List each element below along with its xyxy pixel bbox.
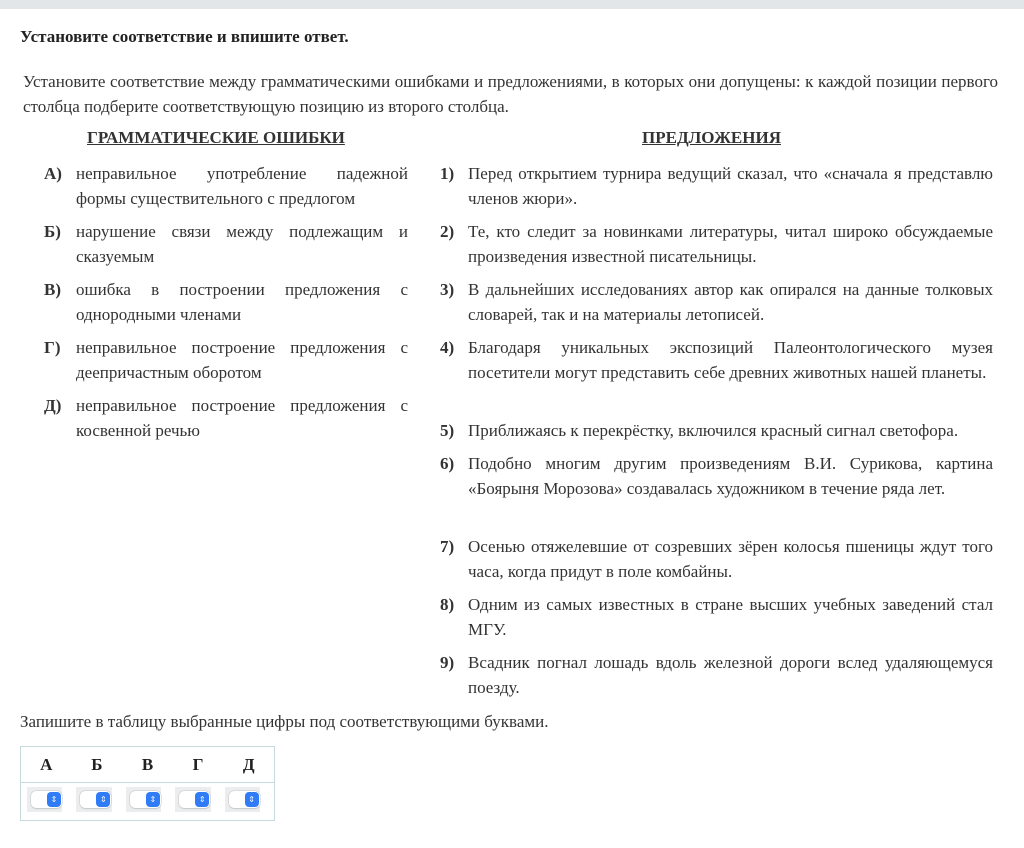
sentence-number: 5) [440,418,468,443]
sentence-text: Всадник погнал лошадь вдоль железной дор… [468,650,993,700]
answer-table-header: А Б В Г Д [21,747,274,783]
error-text: неправильное построение предложения с де… [76,335,408,385]
answer-select-b[interactable]: ⇕ [80,791,111,808]
sentence-item: 9) Всадник погнал лошадь вдоль железной … [440,650,993,700]
sentence-text: Те, кто следит за новинками литературы, … [468,219,993,269]
sentence-text: В дальнейших исследованиях автор как опи… [468,277,993,327]
sentence-number: 1) [440,161,468,211]
answer-cell: ⇕ [27,787,62,812]
select-arrows-icon: ⇕ [47,792,61,807]
sentence-number: 7) [440,534,468,584]
sentence-number: 6) [440,451,468,501]
answer-cell: ⇕ [126,787,161,812]
select-arrows-icon: ⇕ [96,792,110,807]
answer-table: А Б В Г Д ⇕ ⇕ ⇕ ⇕ ⇕ [20,746,275,821]
answer-letter: Д [223,747,274,782]
sentence-number: 9) [440,650,468,700]
error-item: Д) неправильное построение предложения с… [44,393,408,443]
sentence-item: 2) Те, кто следит за новинками литератур… [440,219,993,269]
sentences-column-header: ПРЕДЛОЖЕНИЯ [642,128,781,148]
sentence-item: 1) Перед открытием турнира ведущий сказа… [440,161,993,211]
error-item: А) неправильное употребление падежной фо… [44,161,408,211]
answer-cell: ⇕ [175,787,210,812]
sentence-text: Осенью отяжелевшие от созревших зёрен ко… [468,534,993,584]
answer-letter: Б [72,747,123,782]
answer-cell: ⇕ [76,787,111,812]
error-letter: В) [44,277,76,327]
sentence-number: 8) [440,592,468,642]
answer-cell: ⇕ [225,787,260,812]
error-text: неправильное построение предложения с ко… [76,393,408,443]
answer-select-a[interactable]: ⇕ [31,791,62,808]
error-text: ошибка в построении предложения с одноро… [76,277,408,327]
sentence-text: Перед открытием турнира ведущий сказал, … [468,161,993,211]
sentence-number: 2) [440,219,468,269]
sentence-item: 5) Приближаясь к перекрёстку, включился … [440,418,993,443]
sentence-text: Приближаясь к перекрёстку, включился кра… [468,418,958,443]
sentence-text: Подобно многим другим произведениям В.И.… [468,451,993,501]
select-arrows-icon: ⇕ [245,792,259,807]
error-letter: Д) [44,393,76,443]
error-letter: Г) [44,335,76,385]
error-item: Б) нарушение связи между подлежащим и ск… [44,219,408,269]
sentence-number: 3) [440,277,468,327]
sentence-item: 8) Одним из самых известных в стране выс… [440,592,993,642]
sentence-item: 7) Осенью отяжелевшие от созревших зёрен… [440,534,993,584]
answer-select-d[interactable]: ⇕ [229,791,260,808]
select-arrows-icon: ⇕ [146,792,160,807]
error-item: Г) неправильное построение предложения с… [44,335,408,385]
error-text: нарушение связи между подлежащим и сказу… [76,219,408,269]
error-letter: А) [44,161,76,211]
answer-letter: А [21,747,72,782]
task-intro: Установите соответствие между грамматиче… [23,69,998,119]
answer-select-g[interactable]: ⇕ [179,791,210,808]
sentence-item: 6) Подобно многим другим произведениям В… [440,451,993,501]
answer-select-v[interactable]: ⇕ [130,791,161,808]
sentence-number: 4) [440,335,468,385]
errors-column-header: ГРАММАТИЧЕСКИЕ ОШИБКИ [87,128,345,148]
error-letter: Б) [44,219,76,269]
sentence-item: 3) В дальнейших исследованиях автор как … [440,277,993,327]
sentence-text: Благодаря уникальных экспозиций Палеонто… [468,335,993,385]
error-item: В) ошибка в построении предложения с одн… [44,277,408,327]
answer-table-row: ⇕ ⇕ ⇕ ⇕ ⇕ [21,783,274,812]
answer-instruction: Запишите в таблицу выбранные цифры под с… [20,712,549,732]
top-bar [0,0,1024,9]
error-text: неправильное употребление падежной формы… [76,161,408,211]
sentence-item: 4) Благодаря уникальных экспозиций Палео… [440,335,993,385]
task-title: Установите соответствие и впишите ответ. [20,27,349,47]
select-arrows-icon: ⇕ [195,792,209,807]
answer-letter: В [122,747,173,782]
answer-letter: Г [173,747,224,782]
sentence-text: Одним из самых известных в стране высших… [468,592,993,642]
